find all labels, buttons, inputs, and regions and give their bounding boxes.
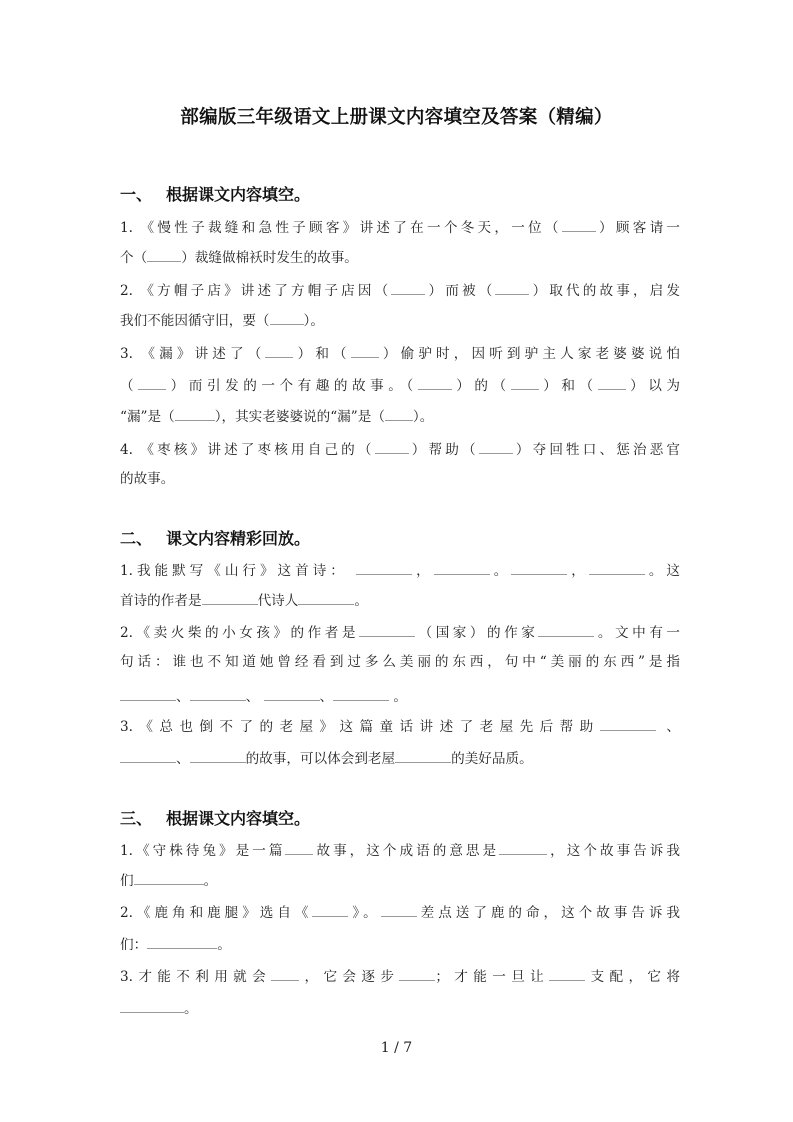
question-text: ）和（	[539, 378, 598, 394]
question-text: 。	[217, 937, 231, 953]
section-heading: 三、根据课文内容填空。	[120, 806, 310, 829]
section-title: 课文内容精彩回放。	[166, 529, 310, 548]
answer-blank[interactable]	[549, 966, 585, 981]
question-text: 。	[490, 563, 512, 579]
answer-blank[interactable]	[562, 217, 596, 232]
question-line: 、、 、 。	[120, 686, 680, 707]
question-line: 2. 《方帽子店》讲述了方帽子店因（）而被（）取代的故事，启发	[120, 280, 680, 301]
question-text: ）。	[304, 313, 324, 329]
answer-blank[interactable]	[298, 590, 354, 605]
answer-blank[interactable]	[598, 375, 626, 390]
question-line: “漏”是（），其实老婆婆说的“漏”是（）。	[120, 406, 680, 427]
question-text: 、	[246, 689, 264, 705]
answer-blank[interactable]	[538, 622, 594, 637]
answer-blank[interactable]	[399, 966, 435, 981]
answer-blank[interactable]	[434, 560, 490, 575]
answer-blank[interactable]	[375, 439, 409, 454]
question-text: 代诗人	[258, 593, 299, 609]
question-text: 3. 《漏》讲述了（	[120, 346, 265, 362]
question-line: 1. 《慢性子裁缝和急性子顾客》讲述了在一个冬天，一位（）顾客请一	[120, 217, 680, 238]
question-text: ）以为	[626, 378, 680, 394]
question-line: 4. 《枣核》讲述了枣核用自己的（）帮助（）夺回牲口、惩治恶官	[120, 439, 680, 460]
question-text: ，这个故事告诉我	[547, 843, 680, 859]
question-text: 首诗的作者是	[120, 593, 202, 609]
question-line: 首诗的作者是代诗人。	[120, 590, 680, 611]
question-text: 、	[176, 751, 190, 767]
question-text: ）取代的故事，启发	[529, 283, 680, 299]
question-line: 、的故事，可以体会到老屋的美好品质。	[120, 748, 680, 769]
answer-blank[interactable]	[351, 343, 379, 358]
answer-blank[interactable]	[511, 560, 567, 575]
question-line: 3. 《漏》讲述了（）和（）偷驴时，因听到驴主人家老婆婆说怕	[120, 343, 680, 364]
question-line: 3.才能不利用就会，它会逐步；才能一旦让支配，它将	[120, 966, 680, 987]
question-text: ）而被（	[425, 283, 495, 299]
question-text: 个（	[120, 250, 147, 266]
section-title: 根据课文内容填空。	[166, 185, 310, 204]
question-text: 2.《鹿角和鹿腿》选自《	[120, 905, 312, 921]
question-text: ）裁缝做棉袄时发生的故事。	[181, 250, 358, 266]
question-text: （	[120, 378, 138, 394]
answer-blank[interactable]	[270, 310, 304, 325]
answer-blank[interactable]	[120, 998, 184, 1013]
question-text: 3.《总也倒不了的老屋》这篇童话讲述了老屋先后帮助	[120, 719, 600, 735]
question-text: ）偷驴时，因听到驴主人家老婆婆说怕	[379, 346, 680, 362]
question-text: ；才能一旦让	[435, 969, 549, 985]
section-heading: 一、根据课文内容填空。	[120, 182, 310, 205]
question-text: ，它会逐步	[299, 969, 399, 985]
question-text: ）顾客请一	[596, 220, 680, 236]
question-line: 。	[120, 998, 680, 1019]
answer-blank[interactable]	[285, 840, 313, 855]
question-text: （国家）的作家	[415, 625, 538, 641]
question-text: 4. 《枣核》讲述了枣核用自己的（	[120, 442, 375, 458]
answer-blank[interactable]	[265, 343, 293, 358]
answer-blank[interactable]	[138, 375, 166, 390]
question-text: 。这	[645, 563, 680, 579]
question-text: 差点送了鹿的命，这个故事告诉我	[417, 905, 680, 921]
question-line: （）而引发的一个有趣的故事。（）的（）和（）以为	[120, 375, 680, 396]
section-number: 三、	[120, 806, 166, 829]
question-text: 、	[320, 689, 334, 705]
answer-blank[interactable]	[600, 716, 656, 731]
answer-blank[interactable]	[418, 375, 452, 390]
question-line: 3.《总也倒不了的老屋》这篇童话讲述了老屋先后帮助 、	[120, 716, 680, 737]
answer-blank[interactable]	[495, 280, 529, 295]
answer-blank[interactable]	[312, 902, 348, 917]
question-line: 2.《卖火柴的小女孩》的作者是（国家）的作家。文中有一	[120, 622, 680, 643]
answer-blank[interactable]	[134, 870, 204, 885]
answer-blank[interactable]	[190, 686, 246, 701]
question-text: 的美好品质。	[451, 751, 533, 767]
answer-blank[interactable]	[271, 966, 299, 981]
question-text: 故事，这个成语的意思是	[313, 843, 499, 859]
question-text: ，	[412, 563, 434, 579]
question-text: 。	[204, 873, 218, 889]
question-line: 的故事。	[120, 469, 680, 489]
answer-blank[interactable]	[391, 280, 425, 295]
answer-blank[interactable]	[202, 590, 258, 605]
question-text: 1.我能默写《山行》这首诗：	[120, 563, 356, 579]
section-number: 二、	[120, 526, 166, 549]
question-line: 我们不能因循守旧，要（）。	[120, 310, 680, 331]
question-text: 的故事，可以体会到老屋	[246, 751, 396, 767]
question-text: ），其实老婆婆说的“漏”是（	[215, 409, 385, 425]
answer-blank[interactable]	[190, 748, 246, 763]
answer-blank[interactable]	[147, 934, 217, 949]
question-line: 们。	[120, 870, 680, 891]
question-text: 、	[176, 689, 190, 705]
question-text: 。	[354, 593, 368, 609]
answer-blank[interactable]	[120, 686, 176, 701]
question-text: 2. 《方帽子店》讲述了方帽子店因（	[120, 283, 391, 299]
document-page: 部编版三年级语文上册课文内容填空及答案（精编） 一、根据课文内容填空。1. 《慢…	[0, 0, 793, 1122]
question-text: ）。	[413, 409, 433, 425]
question-text: 。文中有一	[594, 625, 680, 641]
question-text: 。	[389, 689, 407, 705]
question-text: 们	[120, 873, 134, 889]
section-number: 一、	[120, 182, 166, 205]
question-text: ）的（	[452, 378, 511, 394]
question-text: 3.才能不利用就会	[120, 969, 271, 985]
answer-blank[interactable]	[359, 622, 415, 637]
answer-blank[interactable]	[499, 840, 547, 855]
answer-blank[interactable]	[395, 748, 451, 763]
question-line: 们：。	[120, 934, 680, 955]
answer-blank[interactable]	[175, 406, 215, 421]
question-line: 句话：谁也不知道她曾经看到过多么美丽的东西，句中“美丽的东西”是指	[120, 652, 680, 672]
question-text: 》。	[348, 905, 380, 921]
answer-blank[interactable]	[385, 406, 413, 421]
answer-blank[interactable]	[356, 560, 412, 575]
question-text: 句话：谁也不知道她曾经看到过多么美丽的东西，句中“美丽的东西”是指	[120, 654, 680, 670]
answer-blank[interactable]	[120, 748, 176, 763]
section-title: 根据课文内容填空。	[166, 809, 310, 828]
question-text: ）而引发的一个有趣的故事。（	[166, 378, 418, 394]
question-text: ）夺回牲口、惩治恶官	[513, 442, 680, 458]
answer-blank[interactable]	[264, 686, 320, 701]
answer-blank[interactable]	[147, 247, 181, 262]
section-heading: 二、课文内容精彩回放。	[120, 526, 310, 549]
question-text: 们：	[120, 937, 147, 953]
question-text: “漏”是（	[120, 409, 175, 425]
question-text: ）和（	[293, 346, 350, 362]
question-text: 2.《卖火柴的小女孩》的作者是	[120, 625, 359, 641]
question-line: 1.《守株待兔》是一篇故事，这个成语的意思是，这个故事告诉我	[120, 840, 680, 861]
question-text: ）帮助（	[409, 442, 479, 458]
answer-blank[interactable]	[479, 439, 513, 454]
question-text: 、	[656, 719, 680, 735]
page-indicator: 1 / 7	[0, 1040, 793, 1056]
document-title: 部编版三年级语文上册课文内容填空及答案（精编）	[0, 103, 793, 129]
question-text: ，	[567, 563, 589, 579]
question-text: 的故事。	[120, 471, 174, 487]
answer-blank[interactable]	[511, 375, 539, 390]
question-text: 支配，它将	[585, 969, 680, 985]
question-line: 个（）裁缝做棉袄时发生的故事。	[120, 247, 680, 268]
question-text: 1.《守株待兔》是一篇	[120, 843, 285, 859]
question-text: 我们不能因循守旧，要（	[120, 313, 270, 329]
question-text: 1. 《慢性子裁缝和急性子顾客》讲述了在一个冬天，一位（	[120, 220, 562, 236]
question-line: 1.我能默写《山行》这首诗： ，。，。这	[120, 560, 680, 581]
answer-blank[interactable]	[589, 560, 645, 575]
answer-blank[interactable]	[381, 902, 417, 917]
answer-blank[interactable]	[333, 686, 389, 701]
question-text: 。	[184, 1001, 198, 1017]
question-line: 2.《鹿角和鹿腿》选自《》。差点送了鹿的命，这个故事告诉我	[120, 902, 680, 923]
